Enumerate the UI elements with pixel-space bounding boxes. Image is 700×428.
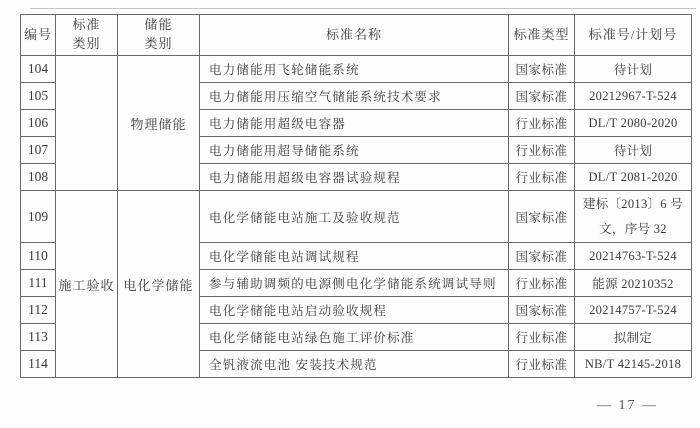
cell-standard-number: 能源 20210352 (575, 270, 692, 297)
cell-standard-type: 国家标准 (509, 297, 575, 324)
cell-standard-type: 国家标准 (509, 243, 575, 270)
cell-standard-number: 建标〔2013〕6 号文，序号 32 (575, 191, 692, 243)
cell-serial: 107 (21, 137, 56, 164)
cell-standard-type: 国家标准 (509, 83, 575, 110)
cell-serial: 109 (21, 191, 56, 243)
cell-standard-type: 行业标准 (509, 324, 575, 351)
cell-standard-type: 行业标准 (509, 351, 575, 378)
table-row-109: 109 施工验收 电化学储能 电化学储能电站施工及验收规范 国家标准 建标〔20… (21, 191, 692, 243)
cell-standard-name: 电力储能用飞轮储能系统 (200, 56, 509, 83)
table-row-104: 104 物理储能 电力储能用飞轮储能系统 国家标准 待计划 (21, 56, 692, 83)
cell-standard-name: 电化学储能电站启动验收规程 (200, 297, 509, 324)
table-header-row: 编号 标准 类别 储能 类别 标准名称 标准类型 标准号/计划号 (21, 15, 692, 56)
cell-storage-category-group1: 物理储能 (118, 56, 200, 191)
column-header-serial: 编号 (21, 15, 56, 56)
cell-standard-number: DL/T 2080-2020 (575, 110, 692, 137)
cell-standard-number: 20214757-T-524 (575, 297, 692, 324)
column-header-standard-type: 标准类型 (509, 15, 575, 56)
cell-storage-category-group2: 电化学储能 (118, 191, 200, 378)
cell-standard-type: 行业标准 (509, 164, 575, 191)
cell-serial: 104 (21, 56, 56, 83)
cell-serial: 112 (21, 297, 56, 324)
cell-serial: 111 (21, 270, 56, 297)
cell-standard-number: 20214763-T-524 (575, 243, 692, 270)
cell-standard-name: 电力储能用压缩空气储能系统技术要求 (200, 83, 509, 110)
cell-standard-number: 待计划 (575, 137, 692, 164)
cell-serial: 108 (21, 164, 56, 191)
cell-standard-type: 国家标准 (509, 191, 575, 243)
cell-standard-type: 行业标准 (509, 110, 575, 137)
cell-serial: 106 (21, 110, 56, 137)
standards-table: 编号 标准 类别 储能 类别 标准名称 标准类型 标准号/计划号 104 物理储… (20, 14, 692, 378)
cell-standard-type: 行业标准 (509, 137, 575, 164)
column-header-standard-number: 标准号/计划号 (575, 15, 692, 56)
cell-serial: 114 (21, 351, 56, 378)
page-number: — 17 — (597, 398, 658, 414)
cell-standard-name: 电化学储能电站绿色施工评价标准 (200, 324, 509, 351)
column-header-standard-category: 标准 类别 (56, 15, 118, 56)
cell-standard-category-group1 (56, 56, 118, 191)
cell-standard-category-group2: 施工验收 (56, 191, 118, 378)
cell-serial: 105 (21, 83, 56, 110)
cell-standard-number: 待计划 (575, 56, 692, 83)
cell-standard-type: 行业标准 (509, 270, 575, 297)
cell-standard-name: 电化学储能电站施工及验收规范 (200, 191, 509, 243)
cell-standard-name: 电力储能用超级电容器 (200, 110, 509, 137)
page-top-rule (30, 8, 696, 9)
cell-standard-name: 电力储能用超导储能系统 (200, 137, 509, 164)
cell-standard-name: 参与辅助调频的电源侧电化学储能系统调试导则 (200, 270, 509, 297)
column-header-standard-name: 标准名称 (200, 15, 509, 56)
cell-standard-name: 全钒液流电池 安装技术规范 (200, 351, 509, 378)
cell-standard-name: 电力储能用超级电容器试验规程 (200, 164, 509, 191)
cell-serial: 113 (21, 324, 56, 351)
cell-serial: 110 (21, 243, 56, 270)
cell-standard-number: 拟制定 (575, 324, 692, 351)
cell-standard-number: NB/T 42145-2018 (575, 351, 692, 378)
cell-standard-number: DL/T 2081-2020 (575, 164, 692, 191)
cell-standard-name: 电化学储能电站调试规程 (200, 243, 509, 270)
column-header-storage-category: 储能 类别 (118, 15, 200, 56)
cell-standard-number: 20212967-T-524 (575, 83, 692, 110)
cell-standard-type: 国家标准 (509, 56, 575, 83)
